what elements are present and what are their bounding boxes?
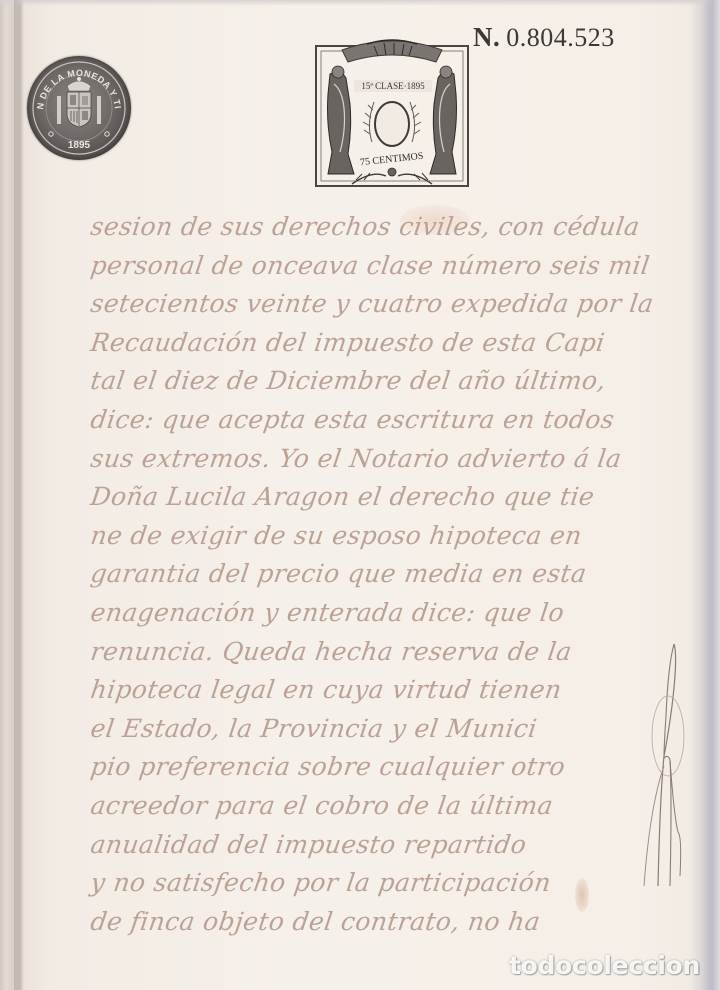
manuscript-line: ne de exigir de su esposo hipoteca en — [88, 517, 653, 556]
paper-stain — [575, 878, 589, 912]
manuscript-line: el Estado, la Provincia y el Munici — [88, 710, 653, 749]
paper-top-edge — [0, 0, 720, 6]
watermark: todocoleccion — [509, 951, 700, 980]
manuscript-line: anualidad del impuesto repartido — [88, 826, 653, 865]
signature-flourish-icon — [630, 636, 690, 896]
svg-text:15ª CLASE·1895: 15ª CLASE·1895 — [361, 81, 425, 91]
manuscript-line: garantia del precio que media en esta — [88, 555, 653, 594]
document-scan: N DE LA MONEDA Y TIMBRE 1895 — [0, 0, 720, 990]
paper-right-edge — [702, 0, 720, 990]
coat-of-arms-icon: N DE LA MONEDA Y TIMBRE 1895 — [27, 56, 131, 160]
manuscript-line: acreedor para el cobro de la última — [88, 787, 653, 826]
rubric-flourish — [630, 636, 690, 896]
manuscript-line: Doña Lucila Aragon el derecho que tie — [88, 478, 653, 517]
manuscript-line: pio preferencia sobre cualquier otro — [88, 748, 653, 787]
manuscript-line: hipoteca legal en cuya virtud tienen — [88, 671, 653, 710]
embossed-seal: N DE LA MONEDA Y TIMBRE 1895 — [27, 56, 131, 160]
manuscript-line: enagenación y enterada dice: que lo — [88, 594, 653, 633]
manuscript-line: tal el diez de Diciembre del año último, — [88, 362, 653, 401]
manuscript-line: de finca objeto del contrato, no ha — [88, 903, 653, 942]
manuscript-line: sesion de sus derechos civiles, con cédu… — [88, 208, 653, 247]
manuscript-line: dice: que acepta esta escritura en todos — [88, 401, 653, 440]
manuscript-line: renuncia. Queda hecha reserva de la — [88, 633, 653, 672]
manuscript-body: sesion de sus derechos civiles, con cédu… — [88, 208, 648, 941]
manuscript-line: y no satisfecho por la participación — [88, 864, 653, 903]
manuscript-line: setecientos veinte y cuatro expedida por… — [88, 285, 653, 324]
manuscript-line: sus extremos. Yo el Notario advierto á l… — [88, 440, 653, 479]
manuscript-line: Recaudación del impuesto de esta Capi — [88, 324, 653, 363]
svg-text:75 CENTIMOS: 75 CENTIMOS — [360, 151, 424, 169]
fiscal-stamp: 15ª CLASE·1895 75 CENTIMOS — [312, 34, 472, 192]
serial-number: N.0.804.523 — [473, 22, 615, 53]
serial-value: 0.804.523 — [506, 23, 615, 52]
serial-prefix: N. — [473, 22, 500, 52]
paper-fold-shadow — [14, 0, 24, 990]
ornamental-stamp-icon: 15ª CLASE·1895 75 CENTIMOS — [312, 34, 472, 192]
manuscript-line: personal de onceava clase número seis mi… — [88, 247, 653, 286]
svg-text:1895: 1895 — [68, 140, 91, 151]
